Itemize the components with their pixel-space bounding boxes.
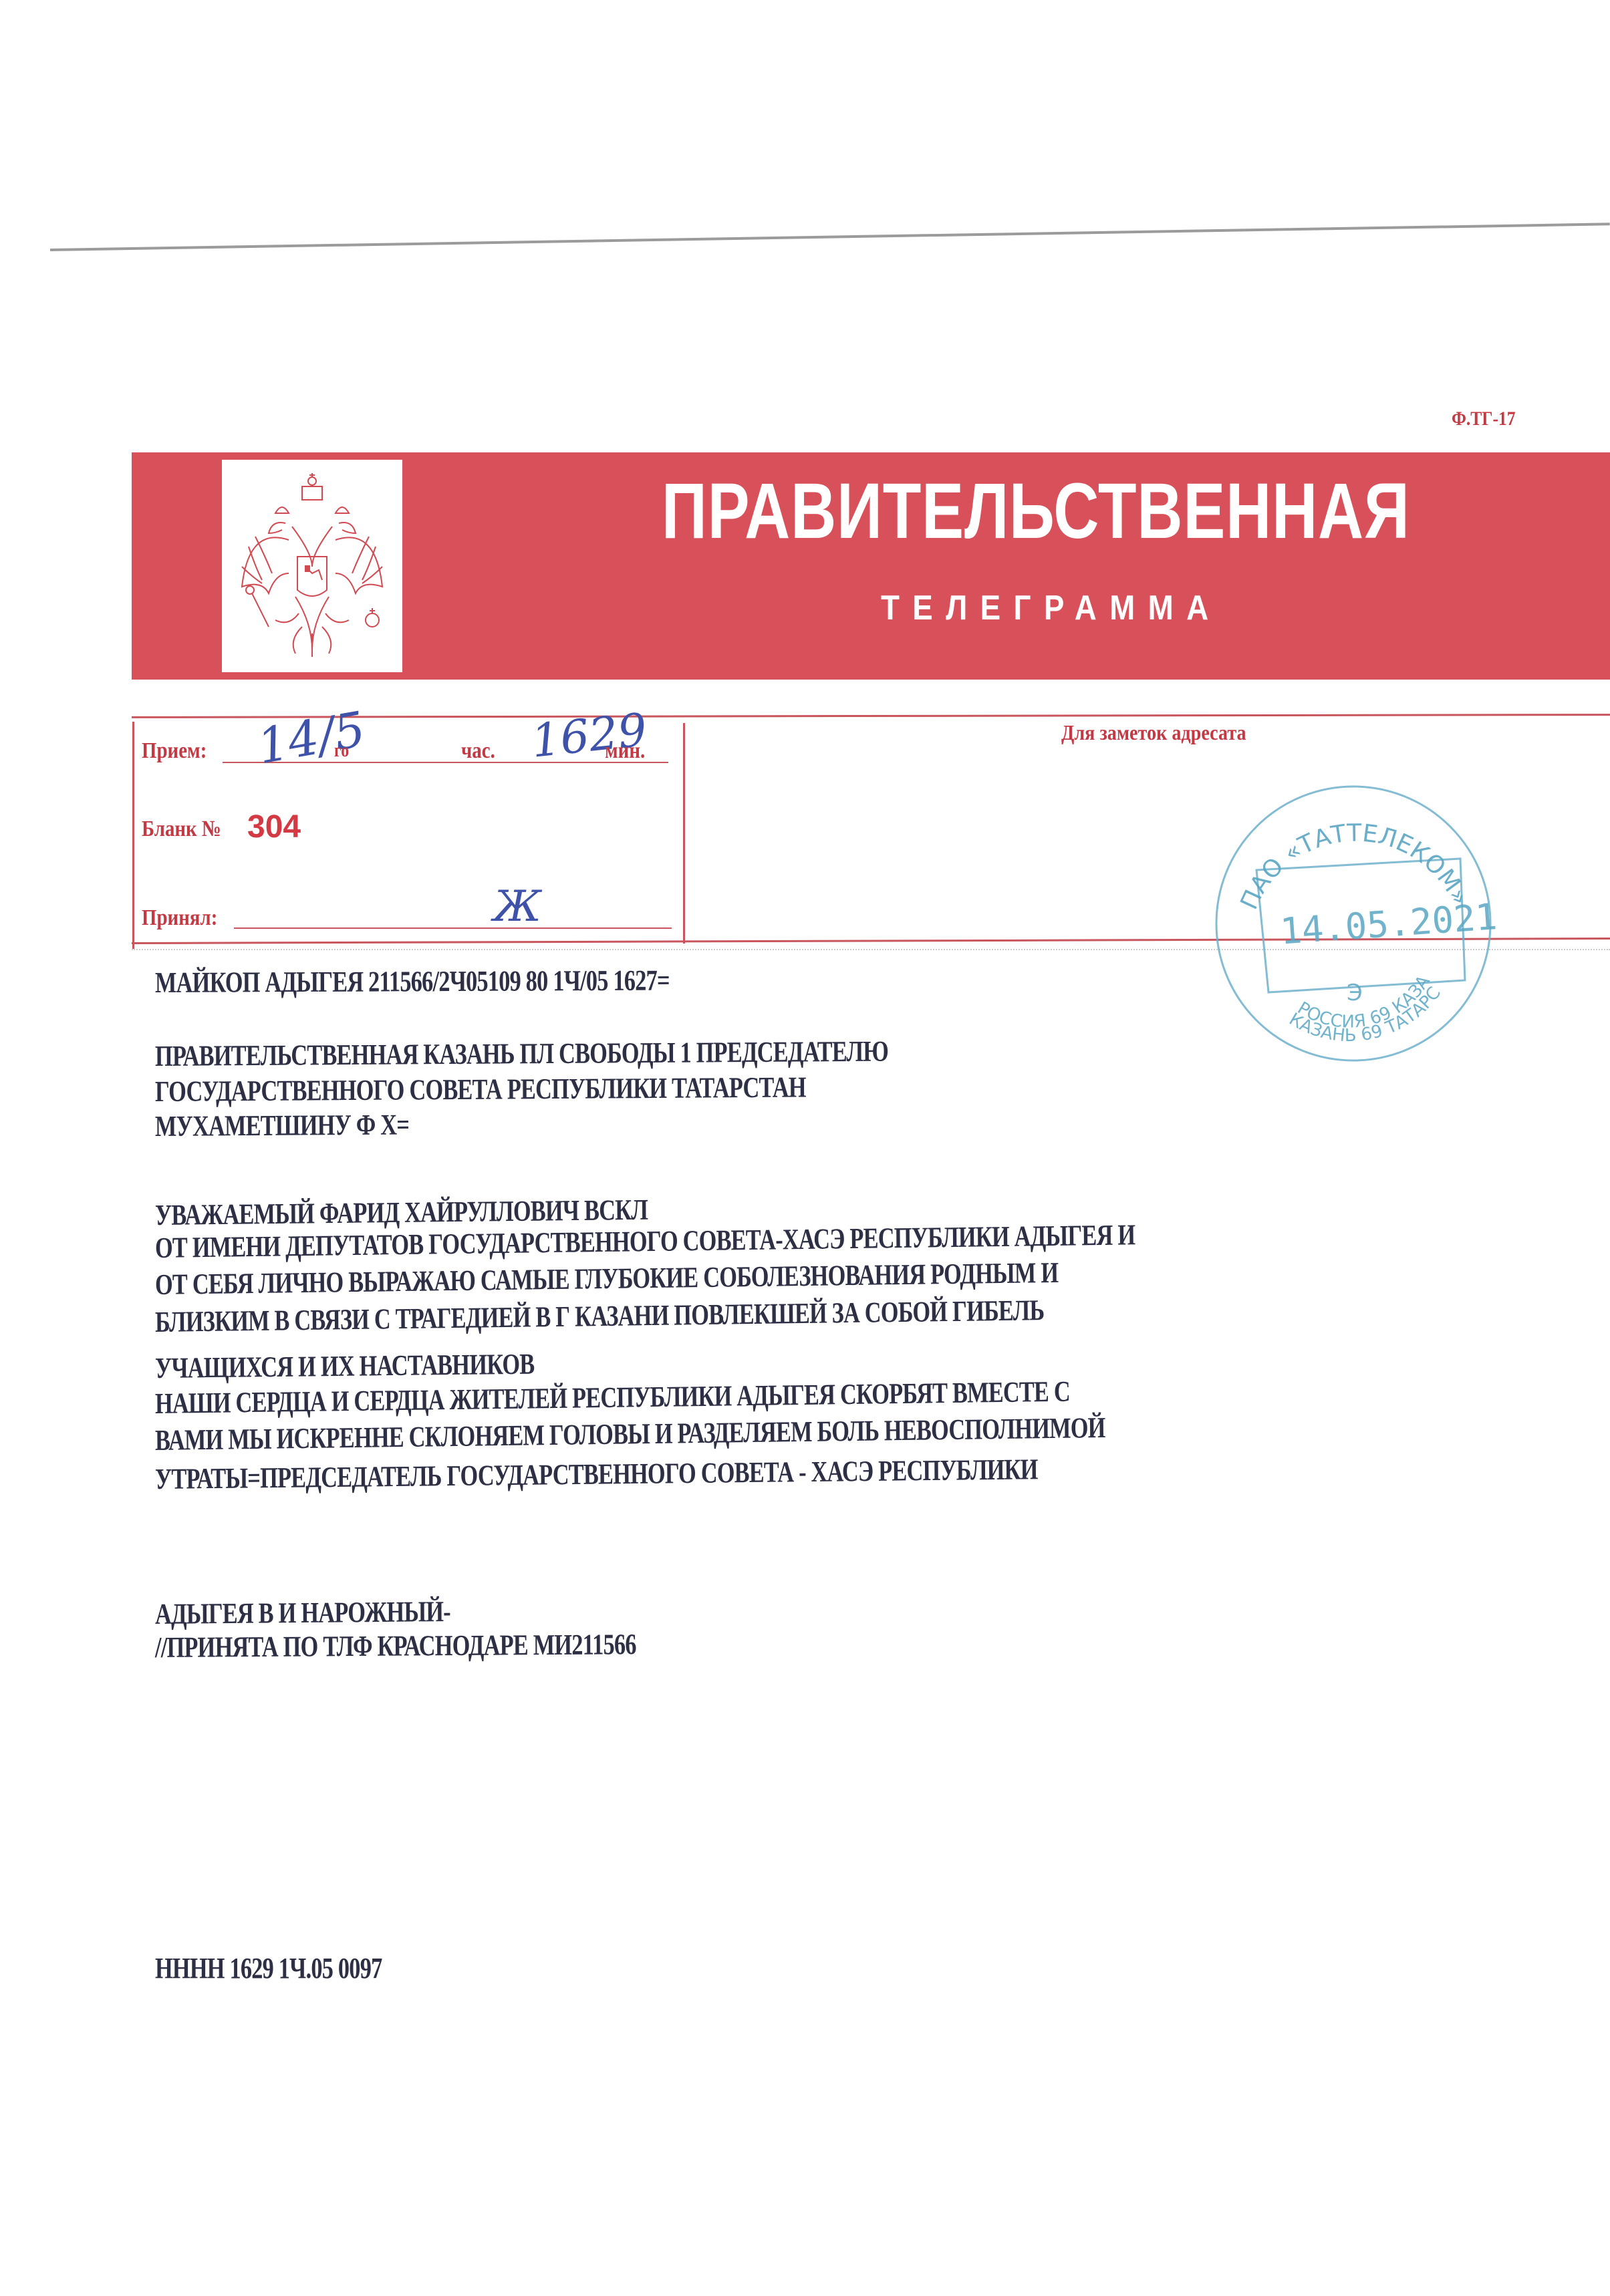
- svg-text:Э: Э: [1347, 980, 1363, 1006]
- footer-service-line: НННН 1629 1Ч.05 0097: [155, 1951, 382, 1985]
- blank-number: 304: [247, 809, 301, 845]
- coat-of-arms-box: [222, 460, 402, 672]
- body-line-5: УЧАЩИХСЯ И ИХ НАСТАВНИКОВ: [155, 1347, 535, 1385]
- time-underline: [531, 762, 668, 763]
- body-line-4: БЛИЗКИМ В СВЯЗИ С ТРАГЕДИЕЙ В Г КАЗАНИ П…: [155, 1293, 1045, 1339]
- address-line-3: МУХАМЕТШИНУ Ф Х=: [155, 1107, 409, 1143]
- hour-label: час.: [461, 738, 495, 764]
- telegram-title: ПРАВИТЕЛЬСТВЕННАЯ: [662, 468, 1373, 555]
- received-label: Прием:: [142, 738, 207, 764]
- received-date-handwritten: 14/5: [253, 701, 370, 775]
- signature-line-2: //ПРИНЯТА ПО ТЛФ КРАСНОДАРЕ МИ211566: [155, 1627, 636, 1665]
- postal-stamp: ПАО «ТАТТЕЛЕКОМ» 14.05.2021 Э РОССИЯ 69 …: [1210, 780, 1497, 1067]
- form-box-right-border: [683, 723, 685, 944]
- address-line-2: ГОСУДАРСТВЕННОГО СОВЕТА РЕСПУБЛИКИ ТАТАР…: [155, 1070, 806, 1109]
- accepted-underline: [234, 927, 672, 929]
- form-box-left-border: [132, 722, 134, 949]
- stamp-seal-icon: ПАО «ТАТТЕЛЕКОМ» 14.05.2021 Э РОССИЯ 69 …: [1210, 780, 1497, 1067]
- blank-label: Бланк №: [142, 817, 221, 842]
- notes-label: Для заметок адресата: [1061, 720, 1246, 745]
- scan-edge-line: [50, 223, 1610, 251]
- body-line-8: УТРАТЫ=ПРЕДСЕДАТЕЛЬ ГОСУДАРСТВЕННОГО СОВ…: [155, 1452, 1038, 1496]
- accepted-label: Принял:: [142, 905, 217, 931]
- double-headed-eagle-icon: [222, 460, 402, 672]
- form-code: Ф.ТГ-17: [1452, 408, 1516, 430]
- received-date-suffix: го: [334, 740, 349, 762]
- minute-label: мин.: [605, 738, 645, 764]
- accepted-signature: Ж: [493, 882, 541, 931]
- address-line-1: ПРАВИТЕЛЬСТВЕННАЯ КАЗАНЬ ПЛ СВОБОДЫ 1 ПР…: [155, 1034, 888, 1073]
- telegram-subtitle: ТЕЛЕГРАММА: [881, 588, 1221, 628]
- message-header-line: МАЙКОП АДЫГЕЯ 211566/2Ч05109 80 1Ч/05 16…: [155, 964, 670, 1000]
- signature-line-1: АДЫГЕЯ В И НАРОЖНЫЙ-: [155, 1594, 450, 1631]
